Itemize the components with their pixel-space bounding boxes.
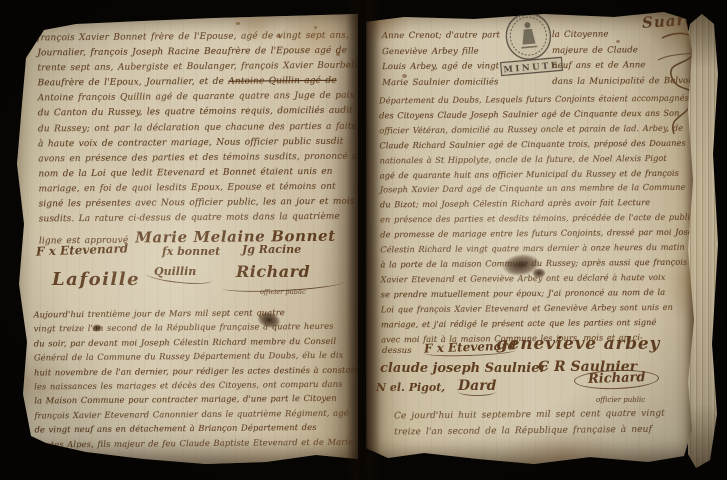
split-left: Anne Crenot; d'autre part bbox=[382, 28, 494, 44]
split-right: la Citoyenne bbox=[552, 28, 609, 44]
manuscript-line: nationales à St Hippolyte, oncle de la f… bbox=[379, 150, 687, 168]
manuscript-line: susdits. La rature ci-dessus de quatre m… bbox=[39, 210, 349, 228]
manuscript-line: vingt treize l'an second de la Républiqu… bbox=[34, 319, 352, 336]
split-right: majeure de Claude bbox=[552, 43, 638, 59]
erasure-prefix: Beaufrère de l'Epoux, Journalier, et de bbox=[37, 77, 228, 89]
body-last-word: dessus bbox=[382, 346, 412, 356]
right-page: Suard MINUTE Anne Crenot; d'autre partla… bbox=[366, 10, 694, 466]
split-left: Geneviève Arbey fille bbox=[382, 44, 494, 60]
manuscript-line: mariage, en foi de quoi lesdits Epoux, E… bbox=[38, 180, 348, 198]
manuscript-line: Joseph Xavier Dard agé de Cinquante un a… bbox=[380, 180, 688, 198]
closing-block: Ce jourd'hui huit septembre mil sept cen… bbox=[394, 407, 665, 441]
manuscript-line: Célestin Richard le vingt quatre mars de… bbox=[380, 240, 688, 258]
split-right: neuf ans et de Anne bbox=[552, 58, 645, 74]
fox-spot bbox=[336, 52, 340, 56]
manuscript-line: officier Vétéran, domicilié au Russey on… bbox=[379, 120, 687, 138]
manuscript-line: treize l'an second de la République fran… bbox=[394, 422, 665, 440]
manuscript-line: les naissances les mariages et décès des… bbox=[34, 377, 352, 394]
manuscript-line: trente sept ans, Aubergiste et Boulanger… bbox=[37, 59, 347, 77]
split-left: Marie Saulnier domiciliés bbox=[382, 75, 494, 91]
signature-bride: genevieve arbey bbox=[496, 334, 660, 354]
bride-name-inline-signature: Marie Melaine Bonnet bbox=[135, 227, 336, 247]
manuscript-line: françois Xavier Etevenard Canonnier dans… bbox=[34, 405, 352, 422]
signature-groom: F x Etevenard bbox=[36, 241, 129, 258]
margin-note: Lafoille bbox=[52, 269, 140, 290]
manuscript-line: hautes Alpes, fils majeur de feu Claude … bbox=[35, 434, 353, 451]
ink-blot bbox=[92, 324, 102, 332]
fox-spot bbox=[276, 34, 281, 38]
fox-spot bbox=[236, 22, 240, 25]
fox-spot bbox=[314, 26, 317, 29]
ink-blot bbox=[532, 268, 546, 278]
struck-words: Antoine Quillin agé de bbox=[228, 76, 336, 87]
left-page: françois Xavier Bonnet frère de l'Epouse… bbox=[14, 12, 358, 464]
split-right: dans la Municipalité de Belvoir bbox=[552, 74, 694, 91]
page-stack-edge bbox=[688, 14, 718, 468]
signature-richard-title: officier public bbox=[596, 396, 645, 404]
signature-dard: Dard bbox=[458, 378, 496, 396]
right-body-block: Département du Doubs, Lesquels futurs Co… bbox=[379, 91, 689, 347]
left-paragraph-2: Aujourd'hui trentième jour de Mars mil s… bbox=[33, 305, 352, 452]
right-intro-block: Anne Crenot; d'autre partla CitoyenneGen… bbox=[382, 27, 694, 92]
split-left: Louis Arbey, agé de vingt bbox=[382, 59, 494, 75]
signature-richard-title: officier public bbox=[260, 288, 306, 296]
manuscript-line: Département du Doubs, Lesquels futurs Co… bbox=[379, 91, 687, 109]
book-gutter-shadow bbox=[346, 0, 380, 480]
fox-spot bbox=[616, 40, 620, 43]
signature-bonnet: fx bonnet bbox=[162, 245, 220, 258]
manuscript-line: françois Xavier Bonnet frère de l'Epouse… bbox=[37, 29, 347, 47]
manuscript-line: du Russey; ont par la déclaration que ch… bbox=[38, 119, 348, 137]
left-paragraph-1: françois Xavier Bonnet frère de l'Epouse… bbox=[37, 29, 349, 250]
signature-racine: Jg Racine bbox=[242, 243, 301, 256]
manuscript-line: avons en présence des parties et des tém… bbox=[38, 149, 348, 167]
manuscript-line: Antoine françois Quillin agé de quarante… bbox=[38, 89, 348, 107]
signature-pigot: N el. Pigot, bbox=[376, 381, 445, 394]
manuscript-line: Général de la Commune du Russey Départem… bbox=[34, 348, 352, 365]
manuscript-line: Loi que françois Xavier Etevenard et Gen… bbox=[381, 299, 689, 317]
fox-spot bbox=[402, 74, 407, 78]
manuscript-split-line: Marie Saulnier domiciliésdans la Municip… bbox=[382, 74, 694, 92]
signature-saulnier-1: claude joseph Saulnier bbox=[380, 361, 546, 376]
scanned-register-spread: françois Xavier Bonnet frère de l'Epouse… bbox=[0, 0, 727, 480]
manuscript-line: en présence des parties et desdits témoi… bbox=[380, 210, 688, 228]
